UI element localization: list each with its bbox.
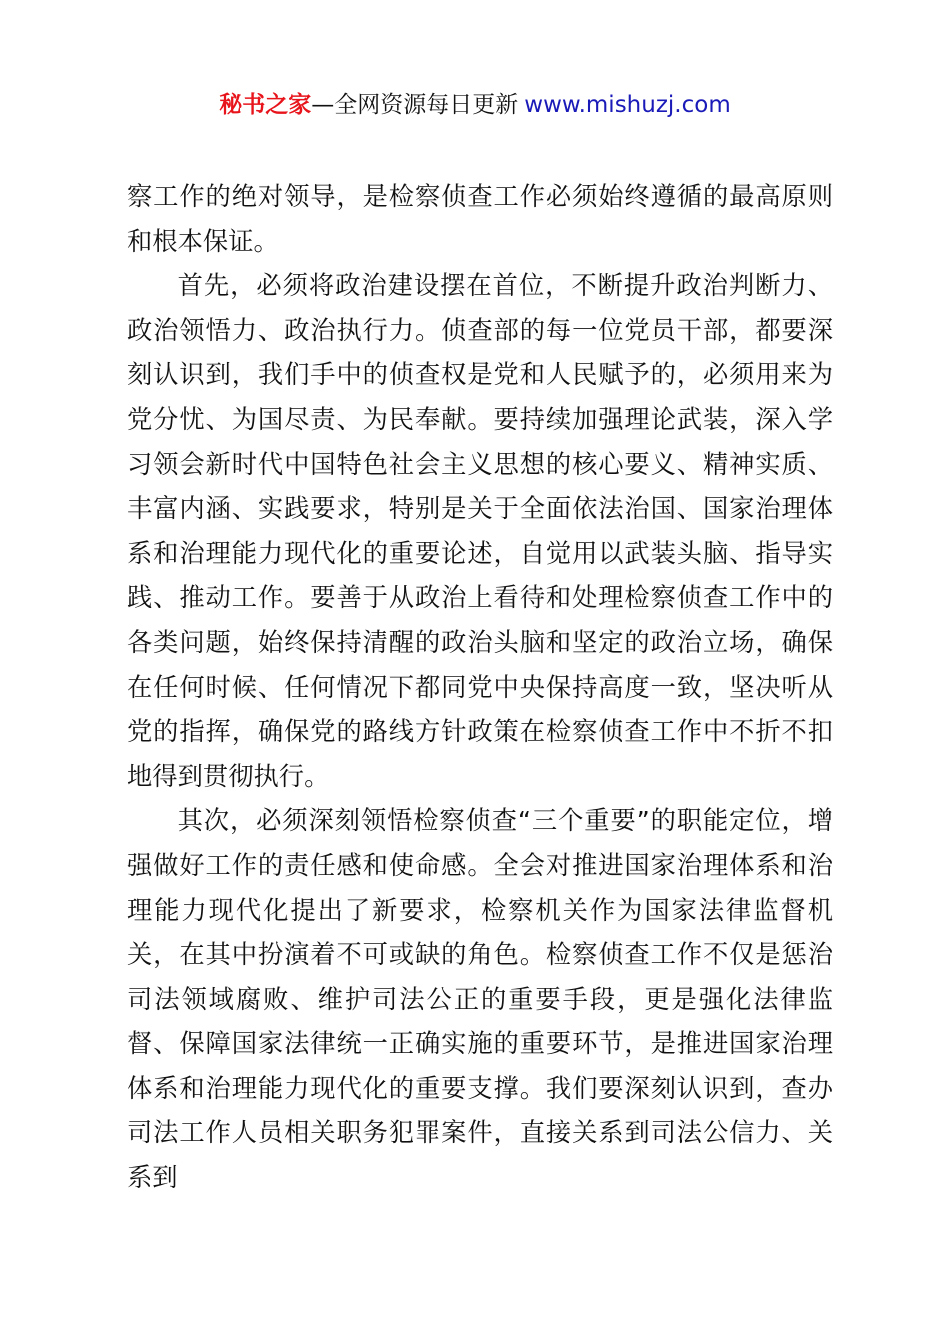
header-slogan: —全网资源每日更新: [311, 92, 518, 118]
site-url-link[interactable]: www.mishuzj.com: [524, 92, 730, 118]
paragraph-continuation: 察工作的绝对领导，是检察侦查工作必须始终遵循的最高原则和根本保证。: [127, 175, 833, 264]
site-header: 秘书之家—全网资源每日更新www.mishuzj.com: [0, 88, 950, 122]
paragraph-second-point: 其次，必须深刻领悟检察侦查“三个重要”的职能定位，增强做好工作的责任感和使命感。…: [127, 799, 833, 1200]
brand-name: 秘书之家: [219, 92, 311, 118]
document-body: 察工作的绝对领导，是检察侦查工作必须始终遵循的最高原则和根本保证。 首先，必须将…: [127, 175, 833, 1201]
paragraph-first-point: 首先，必须将政治建设摆在首位，不断提升政治判断力、政治领悟力、政治执行力。侦查部…: [127, 264, 833, 799]
